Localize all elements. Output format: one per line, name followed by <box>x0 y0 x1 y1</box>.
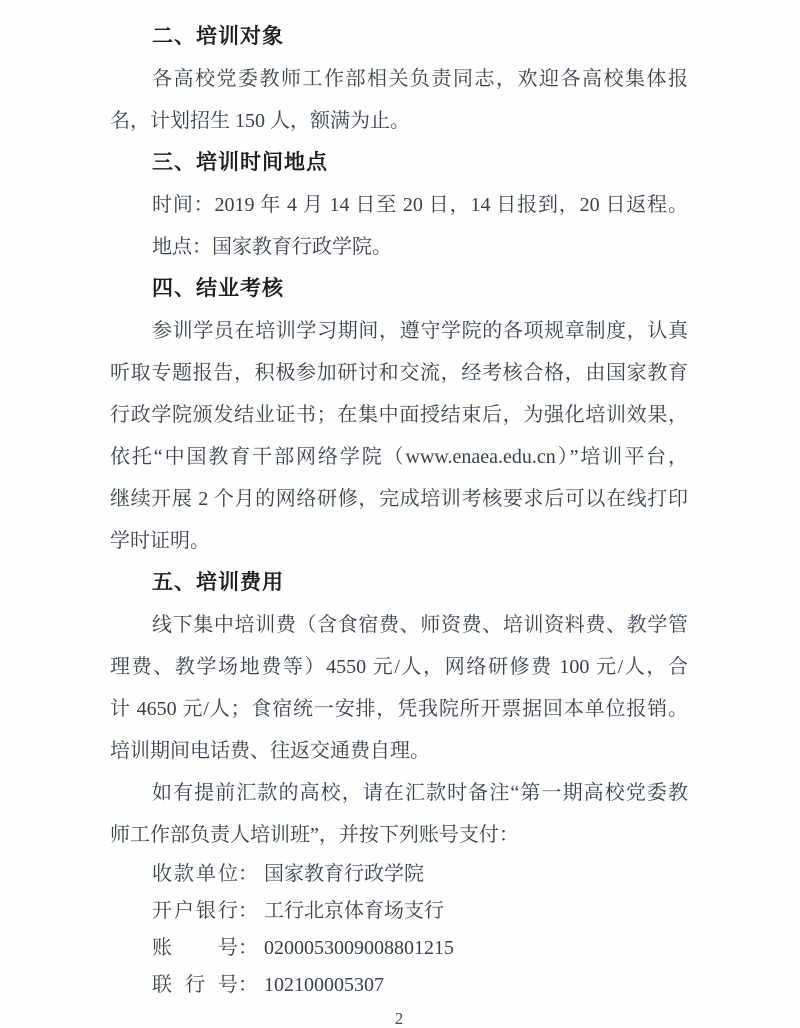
bank-colon: ： <box>238 974 258 996</box>
bank-row-bank-name: 开户银行：工行北京体育场支行 <box>110 893 688 930</box>
doc-line: 继续开展 2 个月的网络研修，完成培训考核要求后可以在线打印 <box>110 478 688 520</box>
doc-line: 理费、教学场地费等）4550 元/人，网络研修费 100 元/人，合 <box>110 646 688 688</box>
bank-row-payee: 收款单位：国家教育行政学院 <box>110 856 688 893</box>
bank-row-account-number: 账号：0200053009008801215 <box>110 930 688 967</box>
bank-label: 联行号 <box>152 967 238 1004</box>
bank-value: 国家教育行政学院 <box>264 863 424 885</box>
doc-line-website: 依托“中国教育干部网络学院（www.enaea.edu.cn）”培训平台， <box>110 436 688 478</box>
doc-line: 如有提前汇款的高校，请在汇款时备注“第一期高校党委教 <box>110 772 688 814</box>
bank-colon: ： <box>238 937 258 959</box>
bank-label: 账号 <box>152 930 238 967</box>
bank-value: 工行北京体育场支行 <box>264 900 444 922</box>
doc-line: 师工作部负责人培训班”，并按下列账号支付： <box>110 814 688 856</box>
page-number: 2 <box>110 1009 688 1028</box>
doc-line: 培训期间电话费、往返交通费自理。 <box>110 730 688 772</box>
section-heading-assessment: 四、结业考核 <box>110 268 688 310</box>
section-heading-time-place: 三、培训时间地点 <box>110 142 688 184</box>
doc-line-place: 地点：国家教育行政学院。 <box>110 226 688 268</box>
doc-line: 计 4650 元/人；食宿统一安排，凭我院所开票据回本单位报销。 <box>110 688 688 730</box>
doc-line: 学时证明。 <box>110 520 688 562</box>
bank-value: 102100005307 <box>264 974 384 996</box>
doc-line: 听取专题报告，积极参加研讨和交流，经考核合格，由国家教育 <box>110 352 688 394</box>
doc-line: 参训学员在培训学习期间，遵守学院的各项规章制度，认真 <box>110 310 688 352</box>
section-heading-training-target: 二、培训对象 <box>110 16 688 58</box>
bank-label: 收款单位 <box>152 856 238 893</box>
doc-line: 各高校党委教师工作部相关负责同志，欢迎各高校集体报 <box>110 58 688 100</box>
doc-line: 行政学院颁发结业证书；在集中面授结束后，为强化培训效果， <box>110 394 688 436</box>
bank-value: 0200053009008801215 <box>264 937 454 959</box>
bank-row-interbank-number: 联行号：102100005307 <box>110 967 688 1004</box>
bank-label: 开户银行 <box>152 893 238 930</box>
doc-line: 线下集中培训费（含食宿费、师资费、培训资料费、教学管 <box>110 604 688 646</box>
doc-line-time: 时间：2019 年 4 月 14 日至 20 日，14 日报到，20 日返程。 <box>110 184 688 226</box>
bank-colon: ： <box>238 900 258 922</box>
document-page: 二、培训对象 各高校党委教师工作部相关负责同志，欢迎各高校集体报 名，计划招生 … <box>0 0 800 1028</box>
bank-colon: ： <box>238 863 258 885</box>
doc-line: 名，计划招生 150 人，额满为止。 <box>110 100 688 142</box>
section-heading-fees: 五、培训费用 <box>110 562 688 604</box>
